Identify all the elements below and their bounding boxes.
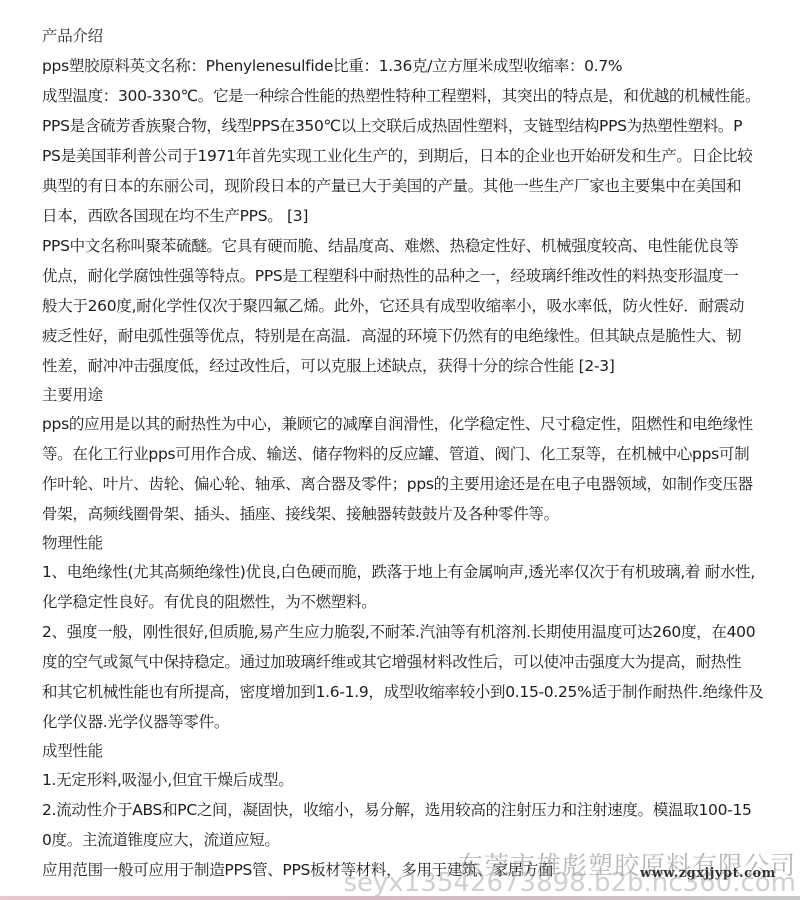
paragraph-line: 等。在化工行业pps可用作合成、输送、储存物料的反应罐、管道、阀门、化工泵等，在… [42, 439, 794, 469]
paragraph-line: 般大于260度,耐化学性仅次于聚四氟乙烯。此外，它还具有成型收缩率小，吸水率低，… [42, 291, 794, 321]
paragraph-line: 日本，西欧各国现在均不生产PPS。 [3] [42, 201, 794, 231]
paragraph-line: 度的空气或氮气中保持稳定。通过加玻璃纤维或其它增强材料改性后，可以使冲击强度大为… [42, 647, 794, 677]
paragraph-line: 作叶轮、叶片、齿轮、偏心轮、轴承、离合器及零件；pps的主要用途还是在电子电器领… [42, 469, 794, 499]
section-heading-molding-properties: 成型性能 [42, 737, 794, 765]
paragraph-line: pps的应用是以其的耐热性为中心，兼顾它的减摩自润滑性，化学稳定性、尺寸稳定性，… [42, 409, 794, 439]
paragraph-line: 1.无定形料,吸湿小,但宜干燥后成型。 [42, 765, 794, 795]
section-heading-product-intro: 产品介绍 [42, 21, 794, 51]
paragraph-line: 性差，耐冲冲击强度低，经过改性后，可以克服上述缺点，获得十分的综合性能 [2-3… [42, 351, 794, 381]
paragraph-line: 2.流动性介于ABS和PC之间，凝固快，收缩小，易分解，选用较高的注射压力和注射… [42, 795, 794, 825]
paragraph-line: 成型温度：300-330℃。它是一种综合性能的热塑性特种工程塑料，其突出的特点是… [42, 81, 794, 111]
paragraph-line: 典型的有日本的东丽公司，现阶段日本的产量已大于美国的产量。其他一些生产厂家也主要… [42, 171, 794, 201]
paragraph-line: pps塑胶原料英文名称：Phenylenesulfide比重：1.36克/立方厘… [42, 51, 794, 81]
paragraph-line: 疲乏性好，耐电弧性强等优点，特别是在高温．高湿的环境下仍然有的电绝缘性。但其缺点… [42, 321, 794, 351]
paragraph-line: 化学稳定性良好。有优良的阻燃性，为不燃塑料。 [42, 587, 794, 617]
paragraph-line: 骨架，高频线圈骨架、插头、插座、接线架、接触器转鼓鼓片及各种零件等。 [42, 499, 794, 529]
paragraph-line: PPS中文名称叫聚苯硫醚。它具有硬而脆、结晶度高、难燃、热稳定性好、机械强度较高… [42, 231, 794, 261]
paragraph-line: 1、电绝缘性(尤其高频绝缘性)优良,白色硬而脆，跌落于地上有金属响声,透光率仅次… [42, 557, 794, 587]
bottom-divider [0, 896, 800, 900]
paragraph-line: 优点，耐化学腐蚀性强等特点。PPS是工程塑科中耐热性的品种之一，经玻璃纤维改性的… [42, 261, 794, 291]
watermark-url: www.zgxjjypt.com [640, 866, 776, 881]
document-body: 产品介绍 pps塑胶原料英文名称：Phenylenesulfide比重：1.36… [42, 21, 794, 885]
paragraph-line: PPS是含硫芳香族聚合物，线型PPS在350℃以上交联后成热固性塑料，支链型结构… [42, 111, 794, 141]
section-heading-physical-properties: 物理性能 [42, 529, 794, 557]
paragraph-line: 和其它机械性能也有所提高，密度增加到1.6-1.9，成型收缩率较小到0.15-0… [42, 677, 794, 707]
paragraph-line: 化学仪器.光学仪器等零件。 [42, 707, 794, 737]
section-heading-main-uses: 主要用途 [42, 381, 794, 409]
paragraph-line: 2、强度一般，刚性很好,但质脆,易产生应力脆裂,不耐苯.汽油等有机溶剂.长期使用… [42, 617, 794, 647]
paragraph-line: PS是美国菲利普公司于1971年首先实现工业化生产的，到期后，日本的企业也开始研… [42, 141, 794, 171]
